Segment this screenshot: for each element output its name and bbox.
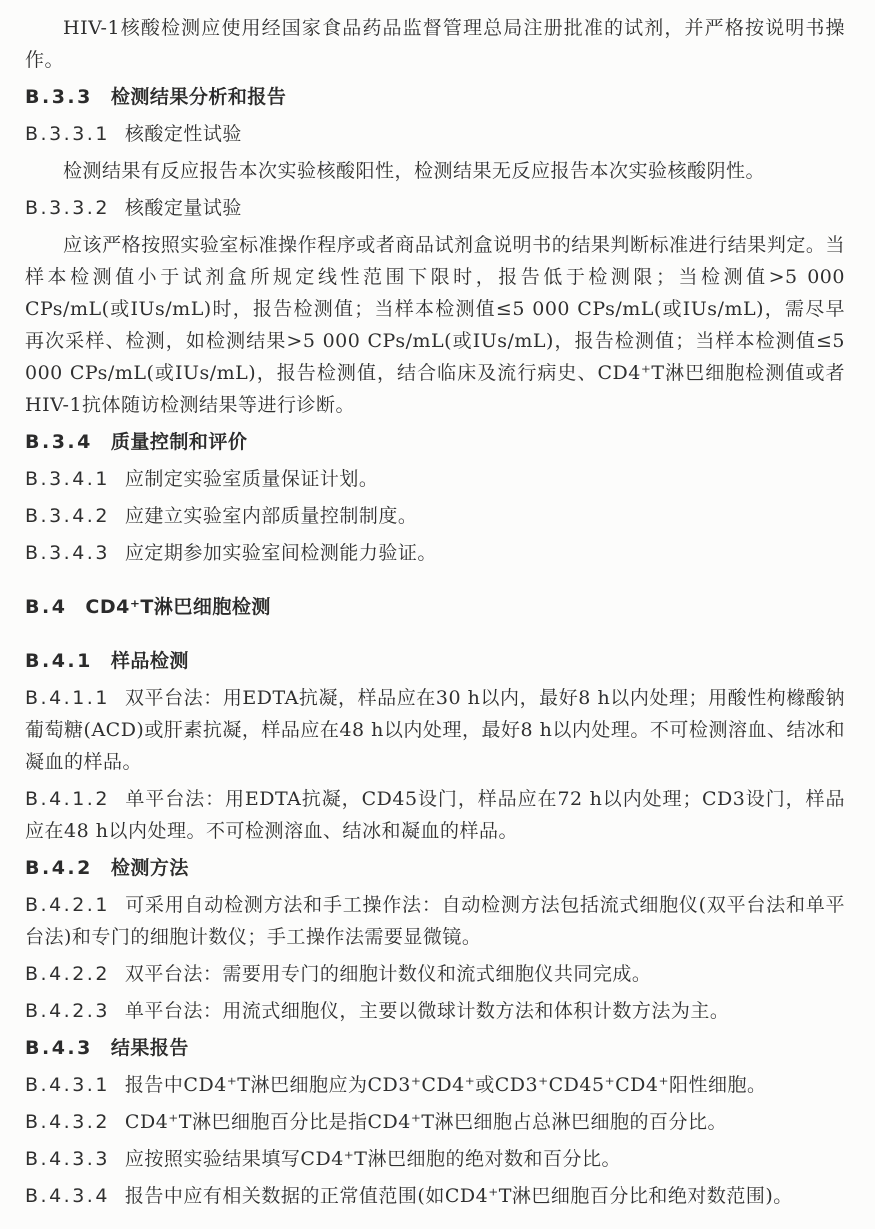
section-number: B.4.2.3 — [25, 995, 110, 1027]
section-heading-b34: B.3.4质量控制和评价 — [25, 426, 845, 458]
section-text: 可采用自动检测方法和手工操作法：自动检测方法包括流式细胞仪(双平台法和单平台法)… — [25, 894, 845, 948]
section-title: 质量控制和评价 — [111, 431, 248, 453]
section-title: 样品检测 — [111, 650, 189, 672]
section-number: B.4.3.2 — [25, 1106, 110, 1138]
section-item-b412: B.4.1.2单平台法：用EDTA抗凝，CD45设门，样品应在72 h以内处理；… — [25, 783, 845, 847]
section-text: 应按照实验结果填写CD4⁺T淋巴细胞的绝对数和百分比。 — [125, 1148, 621, 1170]
section-item-b434: B.4.3.4报告中应有相关数据的正常值范围(如CD4⁺T淋巴细胞百分比和绝对数… — [25, 1180, 845, 1212]
section-item-b331: B.3.3.1核酸定性试验 — [25, 118, 845, 150]
section-item-b332: B.3.3.2核酸定量试验 — [25, 192, 845, 224]
section-text: 单平台法：用EDTA抗凝，CD45设门，样品应在72 h以内处理；CD3设门，样… — [25, 788, 845, 842]
section-item-b431: B.4.3.1报告中CD4⁺T淋巴细胞应为CD3⁺CD4⁺或CD3⁺CD45⁺C… — [25, 1069, 845, 1101]
section-heading-b4: B.4CD4⁺T淋巴细胞检测 — [25, 591, 845, 623]
section-number: B.4.3 — [25, 1032, 93, 1064]
section-number: B.4.2.2 — [25, 958, 110, 990]
section-item-b342: B.3.4.2应建立实验室内部质量控制制度。 — [25, 500, 845, 532]
section-text: 应制定实验室质量保证计划。 — [125, 468, 379, 490]
section-number: B.4.1 — [25, 645, 93, 677]
section-text: 核酸定性试验 — [125, 123, 242, 145]
section-number: B.4.1.1 — [25, 682, 110, 714]
section-number: B.4.3.4 — [25, 1180, 110, 1212]
section-number: B.3.4 — [25, 426, 93, 458]
section-heading-b33: B.3.3检测结果分析和报告 — [25, 81, 845, 113]
section-text: 核酸定量试验 — [125, 197, 242, 219]
section-number: B.3.4.3 — [25, 537, 110, 569]
section-text: 应建立实验室内部质量控制制度。 — [125, 505, 418, 527]
section-text: 双平台法：用EDTA抗凝，样品应在30 h以内，最好8 h以内处理；用酸性枸橼酸… — [25, 687, 845, 773]
section-number: B.4.2.1 — [25, 889, 110, 921]
section-item-b411: B.4.1.1双平台法：用EDTA抗凝，样品应在30 h以内，最好8 h以内处理… — [25, 682, 845, 778]
document-page: HIV-1核酸检测应使用经国家食品药品监督管理总局注册批准的试剂，并严格按说明书… — [0, 0, 875, 1229]
section-text: 应定期参加实验室间检测能力验证。 — [125, 542, 437, 564]
section-number: B.4.3.1 — [25, 1069, 110, 1101]
section-number: B.4.1.2 — [25, 783, 110, 815]
section-number: B.3.3.1 — [25, 118, 110, 150]
section-heading-b43: B.4.3结果报告 — [25, 1032, 845, 1064]
section-item-b341: B.3.4.1应制定实验室质量保证计划。 — [25, 463, 845, 495]
section-text: 双平台法：需要用专门的细胞计数仪和流式细胞仪共同完成。 — [125, 963, 652, 985]
section-item-b422: B.4.2.2双平台法：需要用专门的细胞计数仪和流式细胞仪共同完成。 — [25, 958, 845, 990]
quantitative-result-paragraph: 应该严格按照实验室标准操作程序或者商品试剂盒说明书的结果判断标准进行结果判定。当… — [25, 229, 845, 421]
section-title: 检测方法 — [111, 857, 189, 879]
section-item-b432: B.4.3.2CD4⁺T淋巴细胞百分比是指CD4⁺T淋巴细胞占总淋巴细胞的百分比… — [25, 1106, 845, 1138]
section-text: CD4⁺T淋巴细胞百分比是指CD4⁺T淋巴细胞占总淋巴细胞的百分比。 — [125, 1111, 727, 1133]
section-text: 报告中CD4⁺T淋巴细胞应为CD3⁺CD4⁺或CD3⁺CD45⁺CD4⁺阳性细胞… — [125, 1074, 767, 1096]
section-number: B.4 — [25, 591, 67, 623]
section-number: B.3.4.1 — [25, 463, 110, 495]
section-title: CD4⁺T淋巴细胞检测 — [85, 596, 270, 618]
section-number: B.3.4.2 — [25, 500, 110, 532]
section-title: 结果报告 — [111, 1037, 189, 1059]
section-text: 报告中应有相关数据的正常值范围(如CD4⁺T淋巴细胞百分比和绝对数范围)。 — [125, 1185, 793, 1207]
section-item-b421: B.4.2.1可采用自动检测方法和手工操作法：自动检测方法包括流式细胞仪(双平台… — [25, 889, 845, 953]
section-text: 单平台法：用流式细胞仪，主要以微球计数方法和体积计数方法为主。 — [125, 1000, 730, 1022]
section-item-b423: B.4.2.3单平台法：用流式细胞仪，主要以微球计数方法和体积计数方法为主。 — [25, 995, 845, 1027]
qualitative-result-paragraph: 检测结果有反应报告本次实验核酸阳性，检测结果无反应报告本次实验核酸阴性。 — [25, 155, 845, 187]
section-number: B.4.3.3 — [25, 1143, 110, 1175]
section-heading-b41: B.4.1样品检测 — [25, 645, 845, 677]
section-number: B.4.2 — [25, 852, 93, 884]
section-item-b343: B.3.4.3应定期参加实验室间检测能力验证。 — [25, 537, 845, 569]
section-number: B.3.3.2 — [25, 192, 110, 224]
section-item-b433: B.4.3.3应按照实验结果填写CD4⁺T淋巴细胞的绝对数和百分比。 — [25, 1143, 845, 1175]
intro-paragraph: HIV-1核酸检测应使用经国家食品药品监督管理总局注册批准的试剂，并严格按说明书… — [25, 12, 845, 76]
section-number: B.3.3 — [25, 81, 93, 113]
section-heading-b42: B.4.2检测方法 — [25, 852, 845, 884]
section-title: 检测结果分析和报告 — [111, 86, 287, 108]
